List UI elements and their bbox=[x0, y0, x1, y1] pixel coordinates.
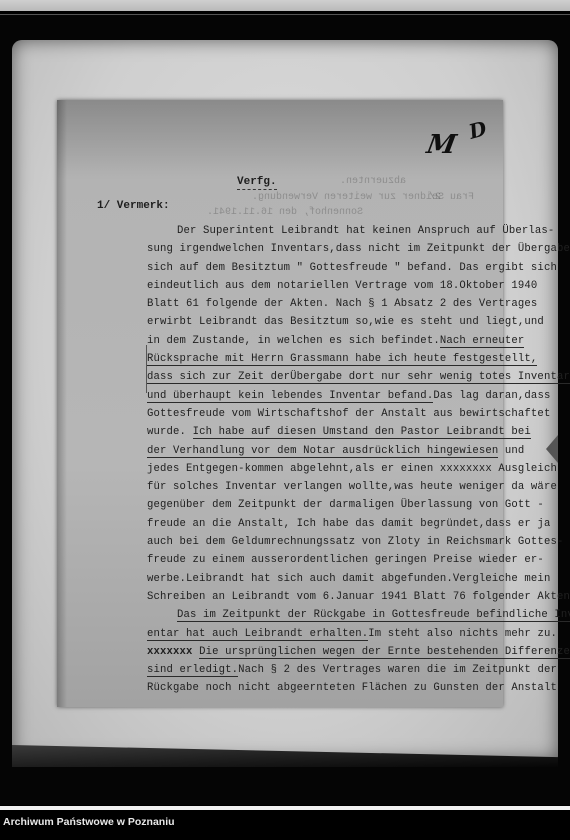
underlined-text: Nach erneuter bbox=[440, 335, 525, 348]
text-line: Rückgabe noch nicht abgeernteten Flächen… bbox=[147, 679, 495, 697]
text-line: dass sich zur Zeit derÜbergabe dort nur … bbox=[147, 368, 495, 386]
underlined-text: Ich habe auf diesen Umstand den Pastor L… bbox=[193, 426, 531, 439]
text-line: erwirbt Leibrandt das Besitztum so,wie e… bbox=[147, 313, 495, 331]
text-segment: Im steht also nichts mehr zu. bbox=[368, 628, 557, 640]
bleed-through-text: abzuernten. bbox=[340, 176, 406, 187]
text-line: sind erledigt.Nach § 2 des Vertrages war… bbox=[147, 661, 495, 679]
underlined-text: der Verhandlung vor dem Notar ausdrückli… bbox=[147, 445, 498, 458]
underlined-text: entar hat auch Leibrandt erhalten. bbox=[147, 628, 368, 641]
text-line: Schreiben an Leibrandt vom 6.Januar 1941… bbox=[147, 588, 495, 606]
text-line: sich auf dem Besitztum " Gottesfreude " … bbox=[147, 259, 495, 277]
handwritten-initial: D bbox=[466, 116, 489, 144]
viewer-top-bar bbox=[0, 0, 570, 11]
underlined-text: Die ursprünglichen wegen der Ernte beste… bbox=[199, 646, 570, 659]
text-line: eindeutlich aus dem notariellen Vertrage… bbox=[147, 277, 495, 295]
text-line: in dem Zustande, in welchen es sich befi… bbox=[147, 332, 495, 350]
text-segment: in dem Zustande, in welchen es sich befi… bbox=[147, 335, 440, 347]
text-line: gegenüber dem Zeitpunkt der darmaligen Ü… bbox=[147, 496, 495, 514]
bleed-through-text: Sonnenhof, den 16.11.1941. bbox=[207, 207, 363, 218]
text-segment: Nach § 2 des Vertrages waren die im Zeit… bbox=[238, 664, 557, 676]
section-label: 1/ Vermerk: bbox=[97, 200, 170, 212]
underlined-text: Das im Zeitpunkt der Rückgabe in Gottesf… bbox=[177, 609, 570, 622]
text-line: Blatt 61 folgende der Akten. Nach § 1 Ab… bbox=[147, 295, 495, 313]
text-line: auch bei dem Geldumrechnungssatz von Zlo… bbox=[147, 533, 495, 551]
footer-divider bbox=[0, 806, 570, 810]
text-line: Rücksprache mit Herrn Grassmann habe ich… bbox=[147, 350, 495, 368]
bleed-through-text: 2/ bbox=[429, 192, 441, 203]
text-line: für solches Inventar verlangen wollte,wa… bbox=[147, 478, 495, 496]
archive-name: Archiwum Państwowe w Poznaniu bbox=[3, 816, 175, 828]
struck-text: xxxxxxx bbox=[147, 646, 193, 658]
text-segment: und bbox=[505, 445, 525, 457]
text-line: freude zu einem ausserordentlichen gerin… bbox=[147, 551, 495, 569]
underlined-text: sind erledigt. bbox=[147, 664, 238, 677]
document-body: Der Superintent Leibrandt hat keinen Ans… bbox=[147, 222, 495, 698]
text-line: xxxxxxx Die ursprünglichen wegen der Ern… bbox=[147, 643, 495, 661]
text-line: Gottesfreude vom Wirtschaftshof der Anst… bbox=[147, 405, 495, 423]
text-line: wurde. Ich habe auf diesen Umstand den P… bbox=[147, 423, 495, 441]
text-segment: wurde. bbox=[147, 426, 186, 438]
text-line: Der Superintent Leibrandt hat keinen Ans… bbox=[147, 222, 495, 240]
document-title: Verfg. bbox=[237, 176, 277, 190]
handwritten-mark: M bbox=[424, 130, 456, 160]
text-line: werbe.Leibrandt hat sich auch damit abge… bbox=[147, 570, 495, 588]
text-line: entar hat auch Leibrandt erhalten.Im ste… bbox=[147, 625, 495, 643]
text-line: und überhaupt kein lebendes Inventar bef… bbox=[147, 387, 495, 405]
clip-mark-icon bbox=[546, 435, 558, 463]
underlined-text: und überhaupt kein lebendes Inventar bef… bbox=[147, 390, 433, 403]
text-line: freude an die Anstalt, Ich habe das dami… bbox=[147, 515, 495, 533]
underlined-text: Rücksprache mit Herrn Grassmann habe ich… bbox=[147, 353, 537, 366]
text-line: Das im Zeitpunkt der Rückgabe in Gottesf… bbox=[147, 606, 495, 624]
document-page: M D abzuernten. Frau Seidner zur weitere… bbox=[57, 100, 503, 707]
text-line: jedes Entgegen-kommen abgelehnt,als er e… bbox=[147, 460, 495, 478]
text-line: sung irgendwelchen Inventars,dass nicht … bbox=[147, 240, 495, 258]
underlined-text: dass sich zur Zeit derÜbergabe dort nur … bbox=[147, 371, 570, 384]
text-segment: Das lag daran,dass bbox=[433, 390, 550, 402]
text-line: der Verhandlung vor dem Notar ausdrückli… bbox=[147, 442, 495, 460]
